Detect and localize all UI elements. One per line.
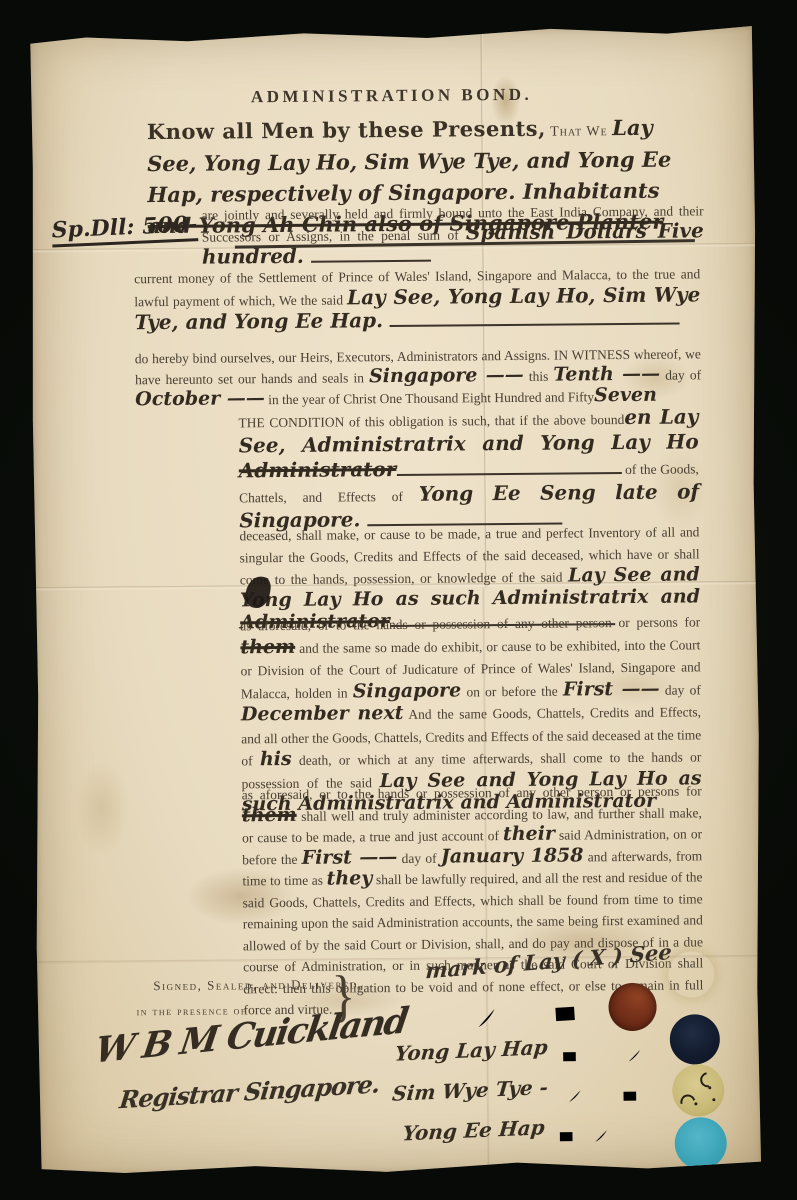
chinese-signature-yong-lay-hap [556,1034,643,1065]
olive-wafer-seal [672,1064,724,1116]
hanzi-glyph [500,983,543,1029]
hanzi-glyph [586,1074,613,1104]
text-segment-script: December next [241,702,404,725]
document-paper: ADMINISTRATION BOND. Know all Men by the… [28,25,764,1177]
chinese-signature-lay-see [457,980,585,1032]
scan-background: ADMINISTRATION BOND. Know all Men by the… [0,0,797,1200]
hanzi-glyph [553,1114,580,1144]
payment-clause: current money of the Settlement of Princ… [134,263,701,335]
text-segment-script: Seven [594,384,657,407]
seal-ink-speck [708,1086,711,1089]
penal-sum-clause: are jointly and severally held and firml… [202,201,705,268]
signer-row: Yong Ee Hap [402,1114,639,1146]
text-segment-print: as aforesaid, or to the hands or possess… [240,614,700,633]
text-segment-script: First —— [563,677,660,700]
text-segment-struck: Administrator [239,457,397,482]
red-wax-seal [608,983,656,1031]
text-segment-script: they [327,867,373,889]
hanzi-glyph [457,985,500,1031]
text-segment-print: in the year of Christ One Thousand Eight… [265,389,594,407]
chinese-signature-yong-ee-hap [553,1114,640,1145]
signer-name: Yong Lay Hap [394,1035,549,1066]
navy-wafer-seal [670,1014,720,1064]
text-segment-script: October —— [135,387,265,410]
hanzi-glyph [583,1114,610,1144]
hanzi-glyph [556,1074,583,1104]
cream-wafer-seal [668,951,714,997]
text-segment-script: Singapore [353,679,462,702]
hanzi-glyph [586,1034,613,1064]
condition-clause: THE CONDITION of this obligation is such… [238,406,699,535]
hanzi-glyph [616,1034,643,1064]
text-segment-rule [396,460,621,476]
hanzi-glyph [543,980,586,1026]
text-segment-caps: That We [546,124,612,140]
text-segment-print: this [524,369,554,384]
text-segment-print: day of [660,367,701,382]
text-segment-script: en Lay See, Administratrix and Yong Lay … [239,404,699,457]
hanzi-glyph [613,1114,640,1144]
text-segment-script: their [503,823,555,845]
text-segment-script: First —— [302,845,398,868]
document-title: ADMINISTRATION BOND. [29,83,755,109]
text-segment-script: January 1858 [441,844,584,867]
teal-wafer-seal [675,1117,727,1169]
text-segment-print: day of [660,682,701,697]
signer-name: Yong Ee Hap [402,1115,546,1145]
text-segment-print: day of [397,850,441,865]
seal-ink-speck [712,1098,715,1101]
text-segment-struck: them [240,635,295,657]
text-segment-print: as aforesaid, or to the hands or possess… [242,783,702,802]
paper-stain [74,760,129,856]
text-segment-rule [390,311,680,328]
witness-signature-2: Registrar Singapore. [118,1069,381,1116]
signer-row: Yong Lay Hap [395,1034,643,1066]
witness-clause: do hereby bind ourselves, our Heirs, Exe… [135,343,702,411]
text-segment-struck: them [242,803,297,825]
text-segment-script: Tenth —— [553,363,660,386]
signer-name: Sim Wye Tye - [391,1075,549,1106]
penal-sum-margin-note: Sp.Dll: 500- [51,211,198,247]
text-segment-script: Singapore —— [369,364,524,387]
text-segment-print: on or before the [461,683,563,699]
signer-row: Sim Wye Tye - [392,1074,643,1106]
text-segment-blackletter: Know all Men by these Presents, [147,116,546,144]
seal-ink-speck [694,1102,697,1105]
text-segment-print: THE CONDITION of this obligation is such… [238,412,624,430]
hanzi-glyph [556,1034,583,1064]
hanzi-glyph [616,1074,643,1104]
text-segment-script: his [260,748,292,770]
chinese-signature-sim-wye-tye [556,1074,643,1105]
text-segment-rule [311,248,431,263]
